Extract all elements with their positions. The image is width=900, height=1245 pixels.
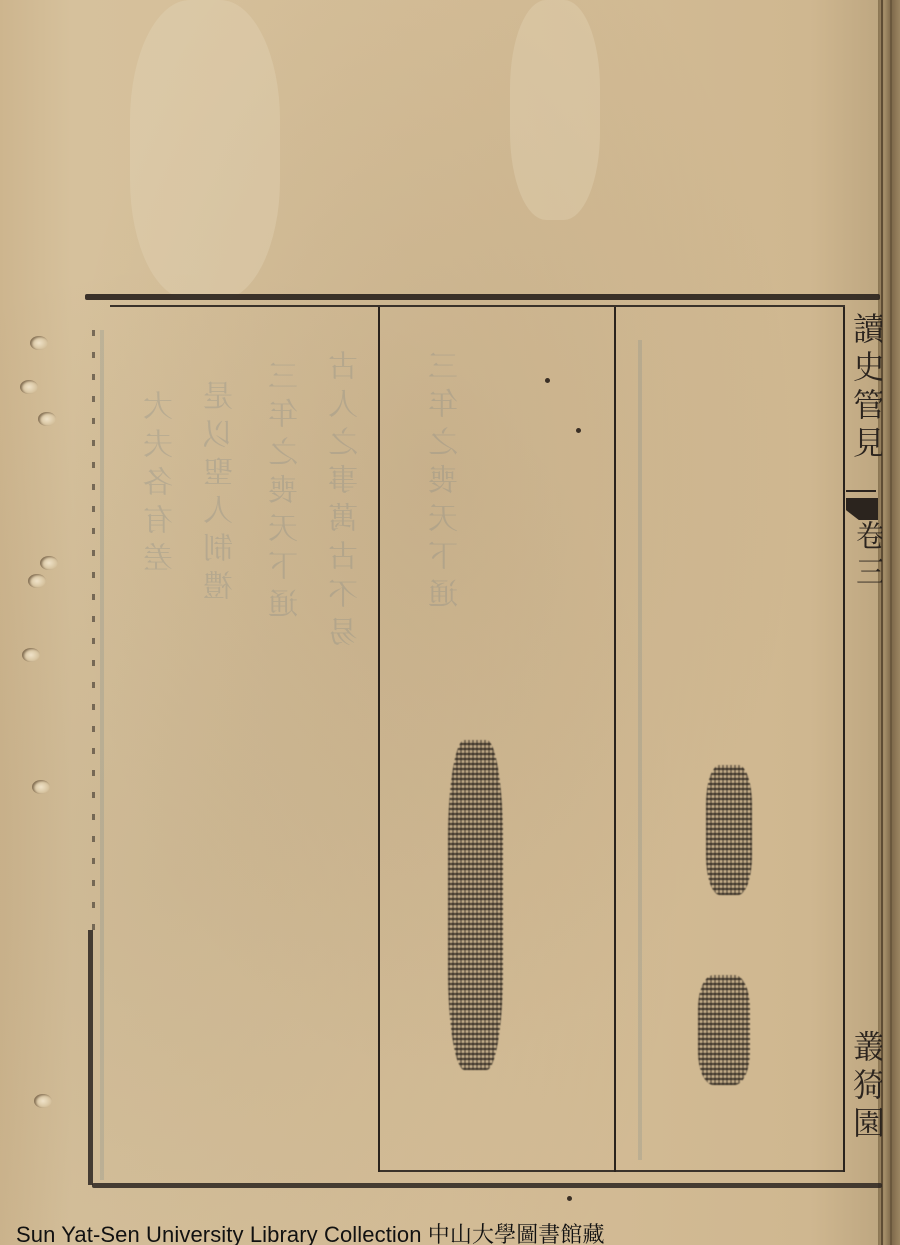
thread-hole-icon <box>28 574 46 588</box>
banxin-volume-number: 卷三 <box>852 520 882 600</box>
frame-bottom-border <box>92 1183 882 1188</box>
bleed-through-text: 三年之喪天下通 <box>270 360 304 626</box>
bleed-through-text: 是以聖人制禮 <box>205 380 239 608</box>
ink-smudge <box>448 740 503 1070</box>
column-divider <box>614 307 616 1172</box>
binding-line <box>890 0 892 1245</box>
thread-hole-icon <box>30 336 48 350</box>
water-stain <box>510 0 600 220</box>
bleed-through-line <box>100 330 104 1180</box>
banxin-divider <box>843 307 845 1172</box>
frame-left-faint-border <box>92 330 95 930</box>
bleed-through-text: 三年之喪天下通 <box>430 350 464 616</box>
ink-speck <box>545 378 550 383</box>
fishtail-marker-icon <box>846 498 878 520</box>
frame-top-border <box>85 294 880 300</box>
ink-smudge <box>706 765 752 895</box>
frame-left-border <box>88 930 93 1185</box>
book-page-scan: 讀史管見 卷三 叢猗園 古人之事萬古不易 三年之喪天下通 是以聖人制禮 大夫各有… <box>0 0 900 1245</box>
frame-top-inner-line <box>110 305 845 307</box>
bleed-through-line <box>638 340 642 1160</box>
thread-hole-icon <box>32 780 50 794</box>
ink-smudge <box>698 975 750 1085</box>
library-collection-caption: Sun Yat-Sen University Library Collectio… <box>16 1218 605 1245</box>
thread-hole-icon <box>40 556 58 570</box>
ink-speck <box>567 1196 572 1201</box>
column-divider <box>378 307 380 1172</box>
frame-bottom-inner-line <box>380 1170 843 1172</box>
bleed-through-text: 古人之事萬古不易 <box>330 350 364 654</box>
thread-hole-icon <box>20 380 38 394</box>
ink-speck <box>576 428 581 433</box>
banxin-book-title: 讀史管見 <box>852 312 882 492</box>
bleed-through-text: 大夫各有差 <box>145 390 179 580</box>
thread-hole-icon <box>38 412 56 426</box>
water-stain <box>130 0 280 300</box>
thread-hole-icon <box>34 1094 52 1108</box>
banxin-studio-name: 叢猗園 <box>852 1030 882 1170</box>
thread-hole-icon <box>22 648 40 662</box>
